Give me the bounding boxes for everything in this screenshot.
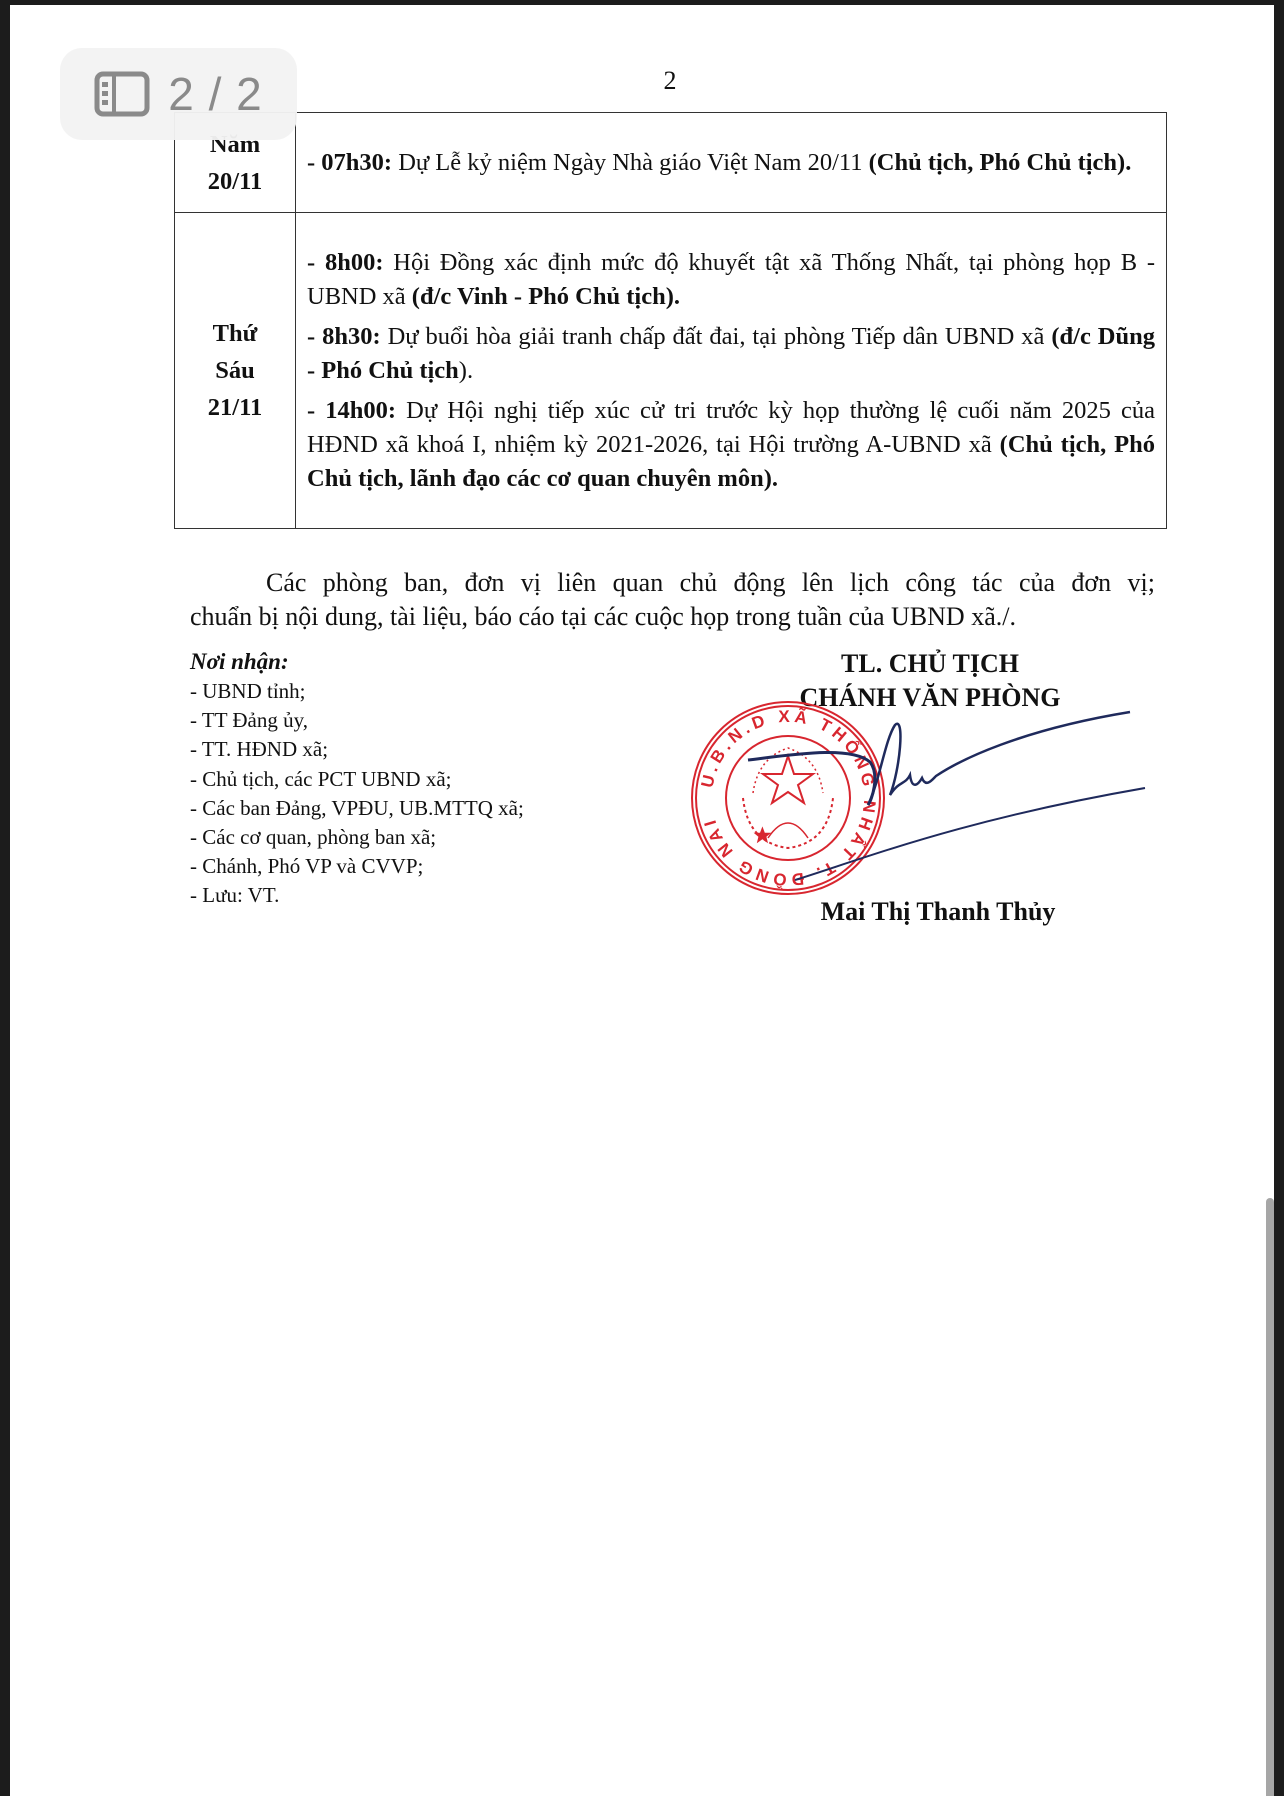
closing-paragraph-line2: chuẩn bị nội dung, tài liệu, báo cáo tại… [190, 602, 1016, 631]
recipient-item: - Các ban Đảng, VPĐU, UB.MTTQ xã; [190, 794, 630, 823]
day-date: 20/11 [175, 163, 295, 200]
event-item: - 07h30: Dự Lễ kỷ niệm Ngày Nhà giáo Việ… [307, 146, 1155, 180]
day-label: Thứ [175, 315, 295, 352]
day-label: Sáu [175, 352, 295, 389]
handwritten-signature-icon [700, 700, 1150, 900]
page-number: 2 [650, 66, 690, 96]
events-cell: - 8h00: Hội Đồng xác định mức độ khuyết … [296, 213, 1167, 529]
recipient-item: - Các cơ quan, phòng ban xã; [190, 823, 630, 852]
recipients-block: Nơi nhận: - UBND tỉnh; - TT Đảng ủy, - T… [190, 647, 630, 911]
recipient-item: - TT Đảng ủy, [190, 706, 630, 735]
event-time: - 14h00: [307, 397, 396, 424]
page-indicator-text: 2 / 2 [168, 67, 263, 121]
recipient-item: - TT. HĐND xã; [190, 735, 630, 764]
event-text: Dự Lễ kỷ niệm Ngày Nhà giáo Việt Nam 20/… [392, 149, 869, 176]
schedule-row: Thứ Sáu 21/11 - 8h00: Hội Đồng xác định … [175, 213, 1167, 529]
recipient-item: - Lưu: VT. [190, 881, 630, 910]
schedule-row: Năm 20/11 - 07h30: Dự Lễ kỷ niệm Ngày Nh… [175, 113, 1167, 213]
event-suffix: ). [459, 357, 473, 384]
day-cell: Thứ Sáu 21/11 [175, 213, 296, 529]
event-item: - 8h30: Dự buổi hòa giải tranh chấp đất … [307, 320, 1155, 388]
recipient-item: - Chánh, Phó VP và CVVP; [190, 852, 630, 881]
events-cell: - 07h30: Dự Lễ kỷ niệm Ngày Nhà giáo Việ… [296, 113, 1167, 213]
event-time: - 8h00: [307, 249, 383, 276]
page-indicator-badge[interactable]: 2 / 2 [60, 48, 297, 140]
event-item: - 8h00: Hội Đồng xác định mức độ khuyết … [307, 246, 1155, 314]
closing-paragraph: Các phòng ban, đơn vị liên quan chủ động… [190, 566, 1155, 634]
sidebar-toggle-icon[interactable] [94, 71, 150, 117]
signature-title-line1: TL. CHỦ TỊCH [760, 647, 1100, 681]
recipients-heading: Nơi nhận: [190, 647, 630, 677]
signer-name: Mai Thị Thanh Thủy [760, 897, 1116, 927]
schedule-table: Năm 20/11 - 07h30: Dự Lễ kỷ niệm Ngày Nh… [174, 112, 1167, 529]
recipient-item: - UBND tỉnh; [190, 677, 630, 706]
event-item: - 14h00: Dự Hội nghị tiếp xúc cử tri trư… [307, 394, 1155, 496]
event-time: - 07h30: [307, 149, 392, 176]
event-attendees: (đ/c Vinh - Phó Chủ tịch). [412, 283, 680, 310]
event-time: - 8h30: [307, 323, 381, 350]
day-date: 21/11 [175, 389, 295, 426]
closing-paragraph-line1: Các phòng ban, đơn vị liên quan chủ động… [190, 566, 1155, 600]
event-text: Dự buổi hòa giải tranh chấp đất đai, tại… [381, 323, 1052, 350]
recipient-item: - Chủ tịch, các PCT UBND xã; [190, 765, 630, 794]
event-attendees: (Chủ tịch, Phó Chủ tịch). [869, 149, 1132, 176]
vertical-scrollbar-thumb[interactable] [1266, 1198, 1274, 1796]
